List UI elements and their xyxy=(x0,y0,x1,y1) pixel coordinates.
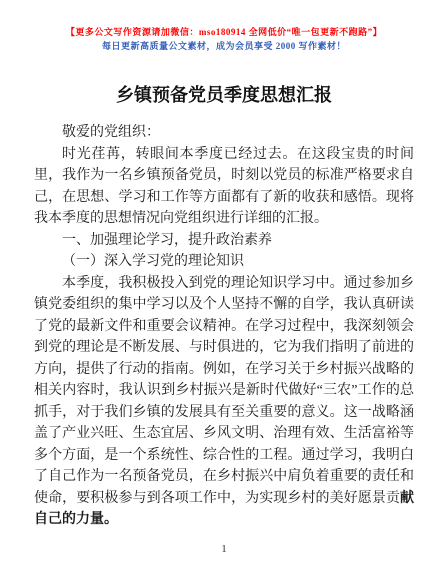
promo-line-red: 【更多公文写作资源请加微信：mso180914 全网低价“唯一包更新不跑路”】 xyxy=(0,25,448,39)
paragraph-main: 本季度，我积极投入到党的理论知识学习中。通过参加乡镇党委组织的集中学习以及个人坚… xyxy=(34,273,414,531)
paragraph-intro: 时光荏苒，转眼间本季度已经过去。在这段宝贵的时间里，我作为一名乡镇预备党员，时刻… xyxy=(34,144,414,230)
promo-banner: 【更多公文写作资源请加微信：mso180914 全网低价“唯一包更新不跑路”】 … xyxy=(0,0,448,53)
document-body: 敬爱的党组织： 时光荏苒，转眼间本季度已经过去。在这段宝贵的时间里，我作为一名乡… xyxy=(34,122,414,531)
section-heading: 一、加强理论学习，提升政治素养 xyxy=(34,230,414,252)
page-number: 1 xyxy=(0,543,448,555)
promo-line-blue: 每日更新高质量公文素材，成为会员享受 2000 写作素材！ xyxy=(0,39,448,53)
salutation: 敬爱的党组织： xyxy=(34,122,414,144)
paragraph-main-text: 本季度，我积极投入到党的理论知识学习中。通过参加乡镇党委组织的集中学习以及个人坚… xyxy=(34,276,414,506)
document-title: 乡镇预备党员季度思想汇报 xyxy=(0,81,448,107)
subsection-heading: （一）深入学习党的理论知识 xyxy=(34,251,414,273)
document-page: 【更多公文写作资源请加微信：mso180914 全网低价“唯一包更新不跑路”】 … xyxy=(0,0,448,580)
